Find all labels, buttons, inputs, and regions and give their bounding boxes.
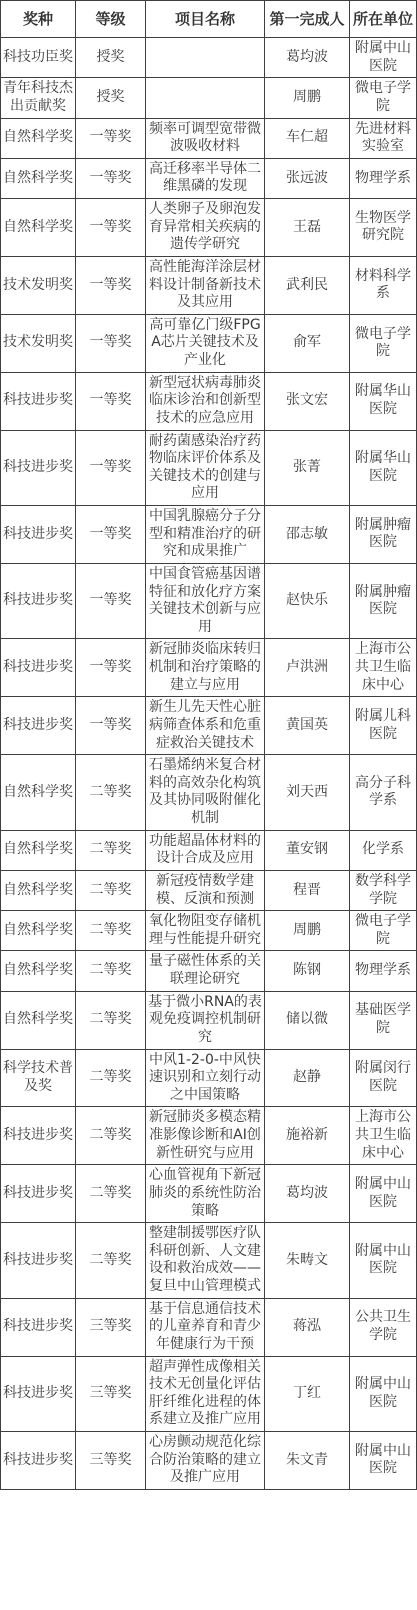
col-header-project-name: 项目名称	[146, 1, 265, 38]
cell-project-name: 高迁移率半导体二维黑磷的发现	[146, 158, 265, 198]
cell-award-type: 自然科学奖	[1, 199, 76, 257]
cell-unit: 微电子学院	[350, 78, 417, 118]
cell-first-completer: 周鹏	[265, 78, 350, 118]
cell-unit: 附属华山医院	[350, 430, 417, 506]
cell-project-name: 石墨烯纳米复合材料的高效杂化构筑及其协同吸附催化机制	[146, 755, 265, 831]
cell-award-type: 科学技术普及奖	[1, 1049, 76, 1107]
table-row: 自然科学奖二等奖功能超晶体材料的设计合成及应用董安钢化学系	[1, 830, 417, 870]
cell-award-type: 自然科学奖	[1, 991, 76, 1049]
cell-unit: 附属中山医院	[350, 38, 417, 78]
cell-award-type: 科技进步奖	[1, 506, 76, 564]
cell-first-completer: 车仁超	[265, 118, 350, 158]
cell-grade: 一等奖	[76, 563, 146, 639]
cell-unit: 附属儿科医院	[350, 697, 417, 755]
cell-grade: 一等奖	[76, 506, 146, 564]
cell-project-name: 频率可调型宽带微波吸收材料	[146, 118, 265, 158]
cell-first-completer: 葛均波	[265, 1165, 350, 1223]
cell-grade: 二等奖	[76, 1223, 146, 1299]
cell-award-type: 科技进步奖	[1, 1223, 76, 1299]
cell-award-type: 科技进步奖	[1, 697, 76, 755]
table-row: 科技进步奖一等奖新生儿先天性心脏病筛查体系和危重症救治关键技术黄国英附属儿科医院	[1, 697, 417, 755]
cell-unit: 上海市公共卫生临床中心	[350, 639, 417, 697]
table-row: 青年科技杰出贡献奖授奖周鹏微电子学院	[1, 78, 417, 118]
cell-unit: 附属中山医院	[350, 1432, 417, 1490]
table-row: 科技进步奖一等奖新型冠状病毒肺炎临床诊治和创新型技术的应急应用张文宏附属华山医院	[1, 372, 417, 430]
col-header-first-completer: 第一完成人	[265, 1, 350, 38]
cell-unit: 物理学系	[350, 951, 417, 991]
cell-unit: 公共卫生学院	[350, 1298, 417, 1356]
table-row: 科技功臣奖授奖葛均波附属中山医院	[1, 38, 417, 78]
cell-grade: 三等奖	[76, 1298, 146, 1356]
cell-award-type: 科技进步奖	[1, 1298, 76, 1356]
cell-first-completer: 丁红	[265, 1356, 350, 1432]
cell-unit: 物理学系	[350, 158, 417, 198]
cell-first-completer: 周鹏	[265, 911, 350, 951]
cell-project-name: 中国食管癌基因谱特征和放化疗方案关键技术创新与应用	[146, 563, 265, 639]
cell-first-completer: 卢洪洲	[265, 639, 350, 697]
cell-unit: 附属肿瘤医院	[350, 563, 417, 639]
cell-unit: 附属中山医院	[350, 1165, 417, 1223]
cell-grade: 授奖	[76, 78, 146, 118]
cell-project-name	[146, 78, 265, 118]
cell-award-type: 科技进步奖	[1, 1432, 76, 1490]
cell-project-name: 中风1-2-0-中风快速识别和立刻行动之中国策略	[146, 1049, 265, 1107]
cell-first-completer: 俞军	[265, 314, 350, 372]
cell-first-completer: 张文宏	[265, 372, 350, 430]
cell-award-type: 科技进步奖	[1, 639, 76, 697]
cell-award-type: 科技进步奖	[1, 1107, 76, 1165]
cell-first-completer: 邵志敏	[265, 506, 350, 564]
table-row: 自然科学奖一等奖高迁移率半导体二维黑磷的发现张远波物理学系	[1, 158, 417, 198]
cell-first-completer: 陈钢	[265, 951, 350, 991]
cell-project-name: 基于信息通信技术的儿童养育和青少年健康行为干预	[146, 1298, 265, 1356]
table-row: 自然科学奖一等奖人类卵子及卵泡发育异常相关疾病的遗传学研究王磊生物医学研究院	[1, 199, 417, 257]
table-row: 科技进步奖一等奖中国乳腺癌分子分型和精准治疗的研究和成果推广邵志敏附属肿瘤医院	[1, 506, 417, 564]
cell-project-name: 功能超晶体材料的设计合成及应用	[146, 830, 265, 870]
cell-unit: 附属华山医院	[350, 372, 417, 430]
cell-first-completer: 黄国英	[265, 697, 350, 755]
cell-first-completer: 王磊	[265, 199, 350, 257]
table-row: 科技进步奖一等奖耐药菌感染治疗药物临床评价体系及关键技术的创建与应用张菁附属华山…	[1, 430, 417, 506]
cell-grade: 三等奖	[76, 1432, 146, 1490]
cell-unit: 数学科学学院	[350, 870, 417, 910]
cell-award-type: 自然科学奖	[1, 755, 76, 831]
table-body: 科技功臣奖授奖葛均波附属中山医院青年科技杰出贡献奖授奖周鹏微电子学院自然科学奖一…	[1, 38, 417, 1490]
cell-grade: 二等奖	[76, 1165, 146, 1223]
cell-award-type: 技术发明奖	[1, 314, 76, 372]
cell-grade: 一等奖	[76, 158, 146, 198]
cell-first-completer: 赵静	[265, 1049, 350, 1107]
cell-grade: 一等奖	[76, 372, 146, 430]
cell-project-name: 高可靠亿门级FPGA芯片关键技术及产业化	[146, 314, 265, 372]
table-row: 科技进步奖二等奖整建制援鄂医疗队科研创新、人文建设和救治成效——复旦中山管理模式…	[1, 1223, 417, 1299]
cell-project-name: 高性能海洋涂层材料设计制备新技术及其应用	[146, 256, 265, 314]
cell-unit: 材料科学系	[350, 256, 417, 314]
table-row: 科技进步奖三等奖基于信息通信技术的儿童养育和青少年健康行为干预蒋泓公共卫生学院	[1, 1298, 417, 1356]
cell-first-completer: 储以微	[265, 991, 350, 1049]
cell-unit: 附属闵行医院	[350, 1049, 417, 1107]
cell-grade: 一等奖	[76, 639, 146, 697]
cell-first-completer: 武利民	[265, 256, 350, 314]
cell-project-name	[146, 38, 265, 78]
cell-unit: 化学系	[350, 830, 417, 870]
cell-grade: 二等奖	[76, 755, 146, 831]
table-row: 自然科学奖一等奖频率可调型宽带微波吸收材料车仁超先进材料实验室	[1, 118, 417, 158]
cell-first-completer: 施裕新	[265, 1107, 350, 1165]
table-row: 技术发明奖一等奖高可靠亿门级FPGA芯片关键技术及产业化俞军微电子学院	[1, 314, 417, 372]
col-header-grade: 等级	[76, 1, 146, 38]
cell-award-type: 技术发明奖	[1, 256, 76, 314]
cell-project-name: 超声弹性成像相关技术无创量化评估肝纤维化进程的体系建立及推广应用	[146, 1356, 265, 1432]
cell-grade: 一等奖	[76, 256, 146, 314]
cell-unit: 上海市公共卫生临床中心	[350, 1107, 417, 1165]
table-row: 自然科学奖二等奖石墨烯纳米复合材料的高效杂化构筑及其协同吸附催化机制刘天西高分子…	[1, 755, 417, 831]
table-row: 科技进步奖一等奖中国食管癌基因谱特征和放化疗方案关键技术创新与应用赵快乐附属肿瘤…	[1, 563, 417, 639]
cell-award-type: 自然科学奖	[1, 830, 76, 870]
cell-grade: 二等奖	[76, 951, 146, 991]
cell-grade: 一等奖	[76, 199, 146, 257]
cell-first-completer: 葛均波	[265, 38, 350, 78]
table-header: 奖种 等级 项目名称 第一完成人 所在单位	[1, 1, 417, 38]
cell-first-completer: 张远波	[265, 158, 350, 198]
table-row: 科技进步奖三等奖心房颤动规范化综合防治策略的建立及推广应用朱文青附属中山医院	[1, 1432, 417, 1490]
table-row: 科学技术普及奖二等奖中风1-2-0-中风快速识别和立刻行动之中国策略赵静附属闵行…	[1, 1049, 417, 1107]
cell-project-name: 新冠肺炎多模态精准影像诊断和AI创新性研究与应用	[146, 1107, 265, 1165]
cell-unit: 附属肿瘤医院	[350, 506, 417, 564]
cell-unit: 微电子学院	[350, 314, 417, 372]
cell-award-type: 自然科学奖	[1, 951, 76, 991]
cell-award-type: 自然科学奖	[1, 118, 76, 158]
cell-first-completer: 蒋泓	[265, 1298, 350, 1356]
cell-project-name: 新冠疫情数学建模、反演和预测	[146, 870, 265, 910]
table-row: 自然科学奖二等奖新冠疫情数学建模、反演和预测程晋数学科学学院	[1, 870, 417, 910]
cell-project-name: 中国乳腺癌分子分型和精准治疗的研究和成果推广	[146, 506, 265, 564]
table-row: 自然科学奖二等奖基于微小RNA的表观免疫调控机制研究储以微基础医学院	[1, 991, 417, 1049]
table-row: 科技进步奖三等奖超声弹性成像相关技术无创量化评估肝纤维化进程的体系建立及推广应用…	[1, 1356, 417, 1432]
cell-award-type: 科技进步奖	[1, 430, 76, 506]
cell-project-name: 新冠肺炎临床转归机制和治疗策略的建立与应用	[146, 639, 265, 697]
cell-project-name: 心血管视角下新冠肺炎的系统性防治策略	[146, 1165, 265, 1223]
cell-award-type: 科技进步奖	[1, 372, 76, 430]
col-header-award-type: 奖种	[1, 1, 76, 38]
cell-first-completer: 张菁	[265, 430, 350, 506]
cell-project-name: 整建制援鄂医疗队科研创新、人文建设和救治成效——复旦中山管理模式	[146, 1223, 265, 1299]
cell-award-type: 科技进步奖	[1, 1356, 76, 1432]
table-row: 自然科学奖二等奖量子磁性体系的关联理论研究陈钢物理学系	[1, 951, 417, 991]
cell-award-type: 科技功臣奖	[1, 38, 76, 78]
cell-grade: 二等奖	[76, 911, 146, 951]
table-row: 技术发明奖一等奖高性能海洋涂层材料设计制备新技术及其应用武利民材料科学系	[1, 256, 417, 314]
cell-award-type: 自然科学奖	[1, 911, 76, 951]
cell-unit: 微电子学院	[350, 911, 417, 951]
cell-first-completer: 董安钢	[265, 830, 350, 870]
cell-first-completer: 刘天西	[265, 755, 350, 831]
cell-project-name: 心房颤动规范化综合防治策略的建立及推广应用	[146, 1432, 265, 1490]
table-row: 科技进步奖二等奖新冠肺炎多模态精准影像诊断和AI创新性研究与应用施裕新上海市公共…	[1, 1107, 417, 1165]
cell-grade: 一等奖	[76, 118, 146, 158]
table-row: 自然科学奖二等奖氧化物阻变存储机理与性能提升研究周鹏微电子学院	[1, 911, 417, 951]
cell-grade: 授奖	[76, 38, 146, 78]
cell-award-type: 青年科技杰出贡献奖	[1, 78, 76, 118]
cell-award-type: 科技进步奖	[1, 563, 76, 639]
cell-project-name: 新型冠状病毒肺炎临床诊治和创新型技术的应急应用	[146, 372, 265, 430]
cell-first-completer: 朱文青	[265, 1432, 350, 1490]
cell-first-completer: 程晋	[265, 870, 350, 910]
cell-unit: 基础医学院	[350, 991, 417, 1049]
cell-project-name: 基于微小RNA的表观免疫调控机制研究	[146, 991, 265, 1049]
cell-project-name: 新生儿先天性心脏病筛查体系和危重症救治关键技术	[146, 697, 265, 755]
cell-first-completer: 赵快乐	[265, 563, 350, 639]
cell-grade: 一等奖	[76, 430, 146, 506]
table-row: 科技进步奖二等奖心血管视角下新冠肺炎的系统性防治策略葛均波附属中山医院	[1, 1165, 417, 1223]
cell-grade: 二等奖	[76, 1049, 146, 1107]
cell-grade: 一等奖	[76, 314, 146, 372]
cell-award-type: 自然科学奖	[1, 158, 76, 198]
cell-unit: 附属中山医院	[350, 1356, 417, 1432]
cell-award-type: 自然科学奖	[1, 870, 76, 910]
cell-grade: 三等奖	[76, 1356, 146, 1432]
cell-first-completer: 朱畴文	[265, 1223, 350, 1299]
cell-grade: 二等奖	[76, 830, 146, 870]
cell-project-name: 量子磁性体系的关联理论研究	[146, 951, 265, 991]
table-row: 科技进步奖一等奖新冠肺炎临床转归机制和治疗策略的建立与应用卢洪洲上海市公共卫生临…	[1, 639, 417, 697]
awards-table: 奖种 等级 项目名称 第一完成人 所在单位 科技功臣奖授奖葛均波附属中山医院青年…	[0, 0, 417, 1490]
cell-grade: 二等奖	[76, 1107, 146, 1165]
cell-grade: 二等奖	[76, 991, 146, 1049]
cell-unit: 先进材料实验室	[350, 118, 417, 158]
cell-grade: 二等奖	[76, 870, 146, 910]
cell-unit: 附属中山医院	[350, 1223, 417, 1299]
col-header-unit: 所在单位	[350, 1, 417, 38]
cell-unit: 高分子科学系	[350, 755, 417, 831]
cell-grade: 一等奖	[76, 697, 146, 755]
cell-unit: 生物医学研究院	[350, 199, 417, 257]
cell-project-name: 人类卵子及卵泡发育异常相关疾病的遗传学研究	[146, 199, 265, 257]
cell-project-name: 耐药菌感染治疗药物临床评价体系及关键技术的创建与应用	[146, 430, 265, 506]
cell-award-type: 科技进步奖	[1, 1165, 76, 1223]
awards-page: 奖种 等级 项目名称 第一完成人 所在单位 科技功臣奖授奖葛均波附属中山医院青年…	[0, 0, 417, 1490]
header-row: 奖种 等级 项目名称 第一完成人 所在单位	[1, 1, 417, 38]
cell-project-name: 氧化物阻变存储机理与性能提升研究	[146, 911, 265, 951]
